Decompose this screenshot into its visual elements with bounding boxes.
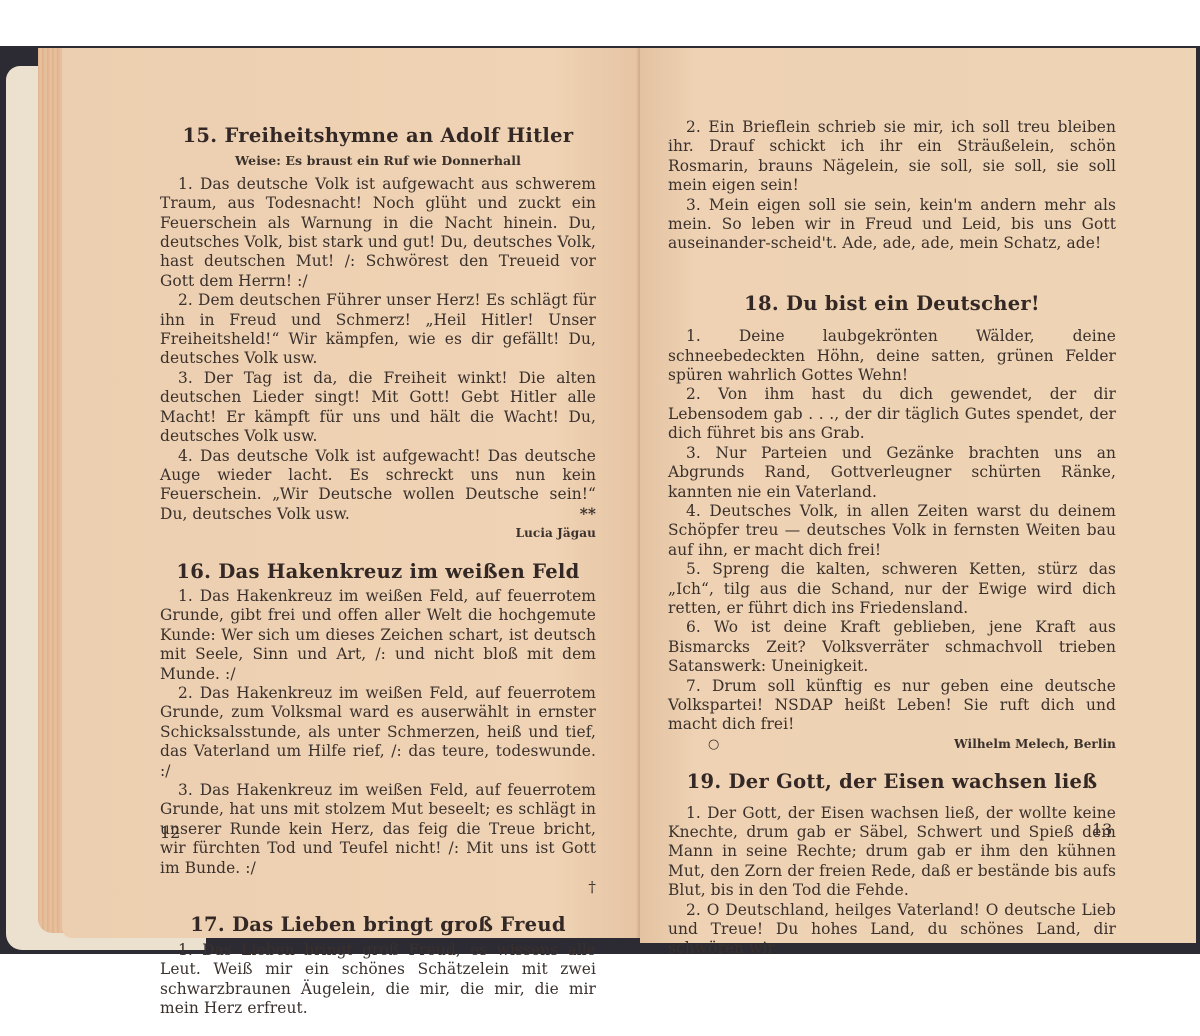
- verse: 3. Der Tag ist da, die Freiheit winkt! D…: [160, 369, 596, 447]
- verse-text: 4. Das deutsche Volk ist aufgewacht! Das…: [160, 447, 596, 523]
- song-15: 15. Freiheitshymne an Adolf Hitler Weise…: [160, 126, 596, 544]
- song-footer: ○ Wilhelm Melech, Berlin: [668, 735, 1116, 754]
- verse: 2. Das Hakenkreuz im weißen Feld, auf fe…: [160, 684, 596, 781]
- song-author: Wilhelm Melech, Berlin: [954, 735, 1116, 754]
- verse: 7. Drum soll künftig es nur geben eine d…: [668, 677, 1116, 735]
- verse: 6. Wo ist deine Kraft geblieben, jene Kr…: [668, 618, 1116, 676]
- verse: 4. Deutsches Volk, in allen Zeiten warst…: [668, 502, 1116, 560]
- right-page: 2. Ein Brieflein schrieb sie mir, ich so…: [640, 48, 1196, 943]
- song-title: 18. Du bist ein Deutscher!: [668, 294, 1116, 313]
- end-mark: †: [160, 878, 596, 897]
- song-18: 18. Du bist ein Deutscher! 1. Deine laub…: [668, 294, 1116, 754]
- verse: 1. Deine laubgekrönten Wälder, deine sch…: [668, 327, 1116, 385]
- verse: 3. Das Hakenkreuz im weißen Feld, auf fe…: [160, 781, 596, 878]
- verse: 2. Ein Brieflein schrieb sie mir, ich so…: [668, 118, 1116, 196]
- song-16: 16. Das Hakenkreuz im weißen Feld 1. Das…: [160, 562, 596, 898]
- verse: 2. Dem deutschen Führer unser Herz! Es s…: [160, 291, 596, 369]
- verse: 2. O Deutschland, heilges Vaterland! O d…: [668, 901, 1116, 959]
- left-page: 15. Freiheitshymne an Adolf Hitler Weise…: [62, 48, 640, 938]
- song-17: 17. Das Lieben bringt groß Freud 1. Das …: [160, 915, 596, 1000]
- song-17-continued: 2. Ein Brieflein schrieb sie mir, ich so…: [668, 118, 1116, 254]
- verse: 1. Das Hakenkreuz im weißen Feld, auf fe…: [160, 587, 596, 684]
- song-author: Lucia Jägau: [160, 524, 596, 543]
- verse: 5. Spreng die kalten, schweren Ketten, s…: [668, 560, 1116, 618]
- end-mark: ○: [708, 735, 719, 754]
- verse: 2. Von ihm hast du dich gewendet, der di…: [668, 385, 1116, 443]
- song-title: 19. Der Gott, der Eisen wachsen ließ: [668, 772, 1116, 791]
- spacer: [668, 272, 1116, 294]
- song-title: 15. Freiheitshymne an Adolf Hitler: [160, 126, 596, 145]
- right-page-column: 2. Ein Brieflein schrieb sie mir, ich so…: [668, 118, 1116, 977]
- song-19: 19. Der Gott, der Eisen wachsen ließ 1. …: [668, 772, 1116, 959]
- song-title: 17. Das Lieben bringt groß Freud: [160, 915, 596, 934]
- photo-scene: 15. Freiheitshymne an Adolf Hitler Weise…: [0, 0, 1200, 1000]
- song-melody-note: Weise: Es braust ein Ruf wie Donnerhall: [160, 151, 596, 170]
- verse: 3. Mein eigen soll sie sein, kein'm ande…: [668, 196, 1116, 254]
- verse: 3. Nur Parteien und Gezänke brachten uns…: [668, 444, 1116, 502]
- verse: 1. Das Lieben bringt groß Freud, es wiss…: [160, 941, 596, 1000]
- verse: 4. Das deutsche Volk ist aufgewacht! Das…: [160, 447, 596, 525]
- end-mark: **: [562, 505, 596, 524]
- left-page-column: 15. Freiheitshymne an Adolf Hitler Weise…: [160, 126, 596, 1000]
- page-number: 12: [160, 823, 180, 842]
- song-title: 16. Das Hakenkreuz im weißen Feld: [160, 562, 596, 581]
- page-number: 13: [1092, 820, 1112, 839]
- verse: 1. Der Gott, der Eisen wachsen ließ, der…: [668, 804, 1116, 901]
- verse: 1. Das deutsche Volk ist aufgewacht aus …: [160, 175, 596, 291]
